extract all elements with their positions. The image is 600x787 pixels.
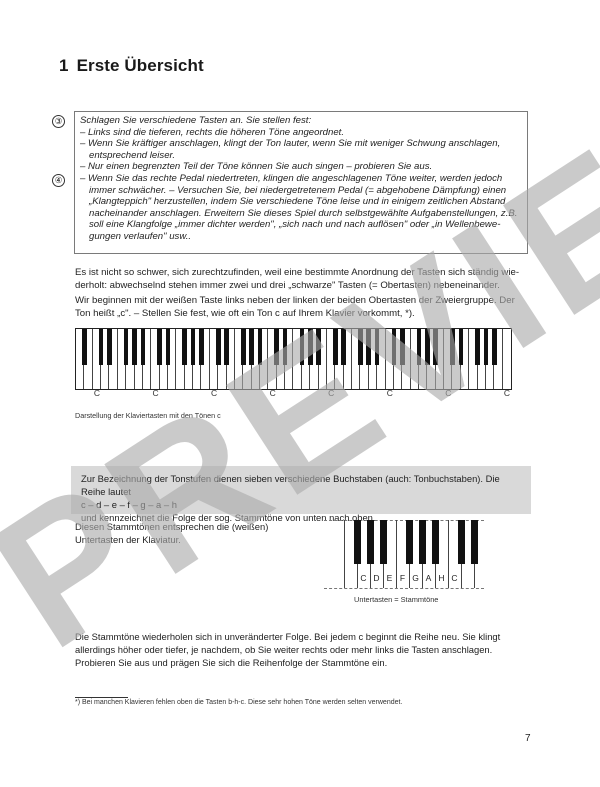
white-key bbox=[201, 329, 209, 389]
chapter-number: 1 bbox=[59, 56, 69, 75]
footnote: *) Bei manchen Klavieren fehlen oben die… bbox=[75, 699, 402, 706]
note-label: F bbox=[396, 573, 409, 583]
intro-line: derholt: abwechselnd stehen immer zwei u… bbox=[75, 279, 519, 292]
c-key-label: C bbox=[387, 388, 393, 398]
c-key-label: C bbox=[152, 388, 158, 398]
black-key bbox=[419, 520, 426, 564]
info-box: Zur Bezeichnung der Tonstufen dienen sie… bbox=[71, 466, 531, 514]
info-line: Zur Bezeichnung der Tonstufen dienen sie… bbox=[81, 472, 531, 485]
white-key bbox=[503, 329, 511, 389]
note-label: E bbox=[383, 573, 396, 583]
exercise-line: gungen verlaufen" usw.. bbox=[80, 231, 527, 243]
intro-line: Es ist nicht so schwer, sich zurechtzufi… bbox=[75, 266, 519, 279]
closing-line: Probieren Sie aus und prägen Sie sich di… bbox=[75, 656, 500, 669]
white-key bbox=[377, 329, 385, 389]
white-key bbox=[168, 329, 176, 389]
note-label: C bbox=[357, 573, 370, 583]
closing-line: Die Stammtöne wiederholen sich in unverä… bbox=[75, 630, 500, 643]
info-line: Reihe lautet bbox=[81, 485, 531, 498]
chapter-title: 1Erste Übersicht bbox=[59, 56, 204, 76]
c-key-label: C bbox=[445, 388, 451, 398]
c-key-label: C bbox=[211, 388, 217, 398]
white-key bbox=[436, 329, 444, 389]
document-page: 1Erste Übersicht ③ ④ Schlagen Sie versch… bbox=[0, 0, 600, 787]
exercise-line: soll eine Klangfolge „immer dichter werd… bbox=[80, 219, 527, 231]
white-key bbox=[461, 329, 469, 389]
c-key-label: C bbox=[94, 388, 100, 398]
exercise-line: Schlagen Sie verschiedene Tasten an. Sie… bbox=[80, 115, 527, 127]
c-key-label: C bbox=[328, 388, 334, 398]
white-key bbox=[402, 329, 410, 389]
exercise-line: „Klangteppich" herzustellen, indem Sie v… bbox=[80, 196, 527, 208]
black-key bbox=[458, 520, 465, 564]
closing-paragraph: Die Stammtöne wiederholen sich in unverä… bbox=[75, 630, 500, 669]
black-key bbox=[432, 520, 439, 564]
white-key bbox=[260, 329, 268, 389]
black-key bbox=[380, 520, 387, 564]
note-label: C bbox=[448, 573, 461, 583]
stammtoene-paragraph: Diesen Stammtönen entsprechen die (weiße… bbox=[75, 520, 268, 546]
c-key-label: C bbox=[504, 388, 510, 398]
circled-number-4-marker: ④ bbox=[52, 174, 65, 187]
intro-line: Wir beginnen mit der weißen Taste links … bbox=[75, 294, 519, 307]
white-key bbox=[84, 329, 92, 389]
white-key bbox=[344, 329, 352, 389]
footnote-divider bbox=[75, 697, 128, 698]
piano-keyboard-diagram bbox=[75, 328, 512, 390]
white-key bbox=[285, 329, 293, 389]
black-key bbox=[406, 520, 413, 564]
exercise-line: – Wenn Sie kräftiger anschlagen, klingt … bbox=[80, 138, 527, 150]
octave-keyboard-diagram: CDEFGAHC bbox=[324, 520, 484, 590]
exercise-line: – Wenn Sie das rechte Pedal niedertreten… bbox=[80, 173, 527, 185]
circled-number-3-marker: ③ bbox=[52, 115, 65, 128]
black-key bbox=[367, 520, 374, 564]
stammtoene-line: Diesen Stammtönen entsprechen die (weiße… bbox=[75, 520, 268, 533]
c-key-label: C bbox=[270, 388, 276, 398]
white-key bbox=[109, 329, 117, 389]
note-label: A bbox=[422, 573, 435, 583]
white-key bbox=[143, 329, 151, 389]
exercise-line: – Nur einen begrenzten Teil der Töne kön… bbox=[80, 161, 527, 173]
exercise-line: nacheinander anschlagen. Erweitern Sie d… bbox=[80, 208, 527, 220]
intro-line: Ton heißt „c". – Stellen Sie fest, wie o… bbox=[75, 307, 519, 320]
white-key bbox=[494, 329, 502, 389]
note-label: D bbox=[370, 573, 383, 583]
intro-paragraph: Es ist nicht so schwer, sich zurechtzufi… bbox=[75, 266, 519, 320]
note-label: H bbox=[435, 573, 448, 583]
keyboard-caption: Darstellung der Klaviertasten mit den Tö… bbox=[75, 411, 221, 420]
exercise-box: Schlagen Sie verschiedene Tasten an. Sie… bbox=[74, 111, 528, 254]
black-key bbox=[471, 520, 478, 564]
note-label: G bbox=[409, 573, 422, 583]
black-key bbox=[354, 520, 361, 564]
white-key bbox=[227, 329, 235, 389]
page-number: 7 bbox=[525, 733, 531, 744]
exercise-line: immer schwächer. – Versuchen Sie, bei ni… bbox=[80, 185, 527, 197]
diagram-bottom-line bbox=[324, 588, 484, 589]
exercise-line: entsprechend leiser. bbox=[80, 150, 527, 162]
chapter-title-text: Erste Übersicht bbox=[77, 56, 204, 75]
white-key bbox=[319, 329, 327, 389]
stammtoene-line: Untertasten der Klaviatur. bbox=[75, 533, 268, 546]
info-line: c – d – e – f – g – a – h bbox=[81, 498, 531, 511]
exercise-line: – Links sind die tieferen, rechts die hö… bbox=[80, 127, 527, 139]
octave-diagram-caption: Untertasten = Stammtöne bbox=[354, 595, 438, 604]
closing-line: allerdings höher oder tiefer, je nachdem… bbox=[75, 643, 500, 656]
